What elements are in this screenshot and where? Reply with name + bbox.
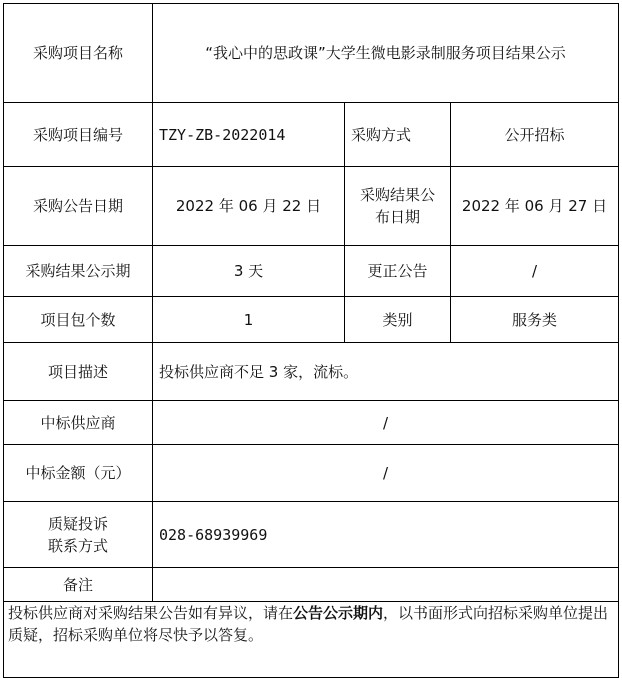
row-remarks: 备注 bbox=[4, 568, 619, 602]
project-number-value: TZY-ZB-2022014 bbox=[153, 103, 345, 167]
procurement-result-table: 采购项目名称 “我心中的思政课”大学生微电影录制服务项目结果公示 采购项目编号 … bbox=[3, 3, 619, 678]
description-value: 投标供应商不足 3 家，流标。 bbox=[153, 343, 619, 401]
winning-supplier-value: / bbox=[153, 401, 619, 445]
row-footer-note: 投标供应商对采购结果公告如有异议，请在公告公示期内，以书面形式向招标采购单位提出… bbox=[4, 602, 619, 678]
winning-amount-value: / bbox=[153, 445, 619, 502]
winning-supplier-label: 中标供应商 bbox=[4, 401, 153, 445]
category-value: 服务类 bbox=[451, 297, 619, 343]
package-count-label: 项目包个数 bbox=[4, 297, 153, 343]
correction-notice-label: 更正公告 bbox=[345, 246, 451, 297]
result-date-label-line1: 采购结果公 bbox=[349, 184, 446, 206]
complaint-contact-label-line2: 联系方式 bbox=[8, 535, 148, 557]
result-date-label-line2: 布日期 bbox=[349, 206, 446, 228]
winning-amount-label: 中标金额（元） bbox=[4, 445, 153, 502]
correction-notice-value: / bbox=[451, 246, 619, 297]
complaint-contact-value: 028-68939969 bbox=[153, 502, 619, 568]
row-winning-supplier: 中标供应商 / bbox=[4, 401, 619, 445]
announcement-date-value: 2022 年 06 月 22 日 bbox=[153, 167, 345, 246]
result-date-label: 采购结果公 布日期 bbox=[345, 167, 451, 246]
row-dates: 采购公告日期 2022 年 06 月 22 日 采购结果公 布日期 2022 年… bbox=[4, 167, 619, 246]
footer-text-bold: 公告公示期内 bbox=[293, 604, 383, 622]
package-count-value: 1 bbox=[153, 297, 345, 343]
publicity-period-value: 3 天 bbox=[153, 246, 345, 297]
announcement-date-label: 采购公告日期 bbox=[4, 167, 153, 246]
description-label: 项目描述 bbox=[4, 343, 153, 401]
row-package: 项目包个数 1 类别 服务类 bbox=[4, 297, 619, 343]
row-project-name: 采购项目名称 “我心中的思政课”大学生微电影录制服务项目结果公示 bbox=[4, 4, 619, 103]
row-publicity: 采购结果公示期 3 天 更正公告 / bbox=[4, 246, 619, 297]
publicity-period-label: 采购结果公示期 bbox=[4, 246, 153, 297]
remarks-label: 备注 bbox=[4, 568, 153, 602]
footer-note: 投标供应商对采购结果公告如有异议，请在公告公示期内，以书面形式向招标采购单位提出… bbox=[4, 602, 619, 678]
footer-text-before: 投标供应商对采购结果公告如有异议，请在 bbox=[8, 604, 293, 622]
project-number-label: 采购项目编号 bbox=[4, 103, 153, 167]
complaint-contact-label: 质疑投诉 联系方式 bbox=[4, 502, 153, 568]
project-name-label: 采购项目名称 bbox=[4, 4, 153, 103]
row-complaint-contact: 质疑投诉 联系方式 028-68939969 bbox=[4, 502, 619, 568]
category-label: 类别 bbox=[345, 297, 451, 343]
project-name-value: “我心中的思政课”大学生微电影录制服务项目结果公示 bbox=[153, 4, 619, 103]
complaint-contact-label-line1: 质疑投诉 bbox=[8, 513, 148, 535]
row-winning-amount: 中标金额（元） / bbox=[4, 445, 619, 502]
row-description: 项目描述 投标供应商不足 3 家，流标。 bbox=[4, 343, 619, 401]
procurement-method-value: 公开招标 bbox=[451, 103, 619, 167]
remarks-value bbox=[153, 568, 619, 602]
row-project-number: 采购项目编号 TZY-ZB-2022014 采购方式 公开招标 bbox=[4, 103, 619, 167]
procurement-method-label: 采购方式 bbox=[345, 103, 451, 167]
result-date-value: 2022 年 06 月 27 日 bbox=[451, 167, 619, 246]
